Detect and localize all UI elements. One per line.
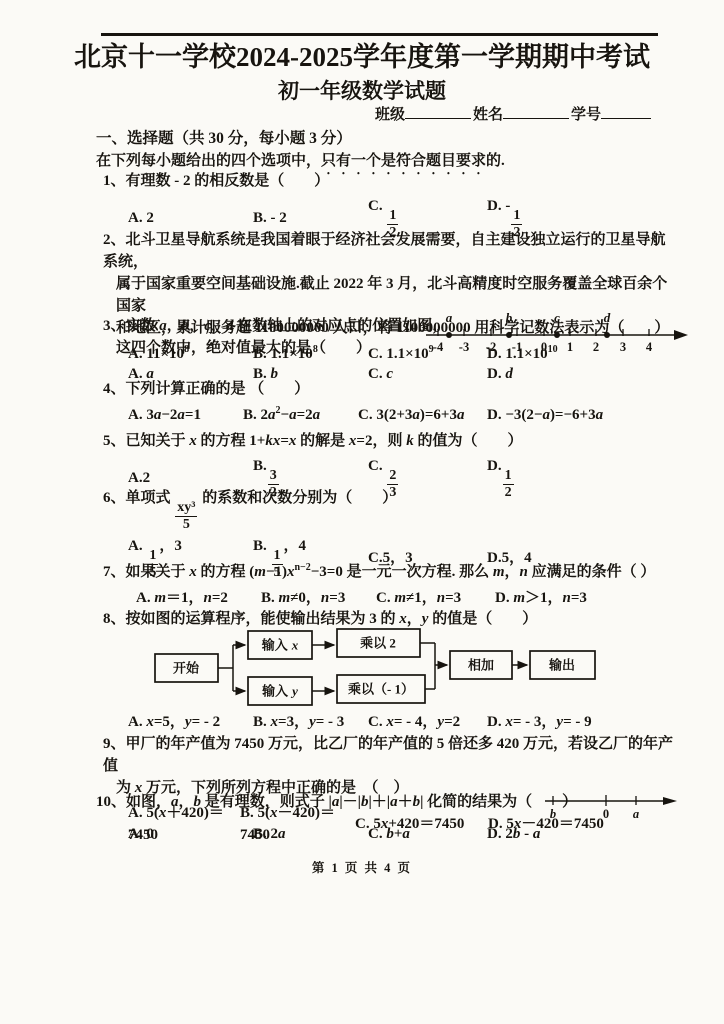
question-8-option-c: C. x= - 4，y=2 [368,711,487,733]
question-8-options: A. x=5，y= - 2 B. x=3，y= - 3 C. x= - 4，y=… [128,710,678,734]
svg-text:d: d [604,310,611,325]
question-9-text-line1: 9、甲厂的年产值为 7450 万元，比乙厂的年产值的 5 倍还多 420 万元，… [103,733,673,777]
question-4-option-b: B. 2a2−a=2a [243,404,358,426]
output-label: 输出 [548,658,575,673]
question-1-option-b: B. - 2 [253,207,368,229]
axis-tick-labels: -4 -3 -2 -1 0 1 2 3 4 [433,340,653,354]
svg-text:-1: -1 [512,340,522,354]
question-4-text: 4、下列计算正确的是 （ ） [103,378,668,400]
question-1-option-a: A. 2 [128,207,253,229]
question-7-option-d: D. m＞1，n=3 [495,587,678,609]
start-label: 开始 [173,661,200,676]
multiply-neg1-label: 乘以（- 1） [348,682,414,697]
svg-text:1: 1 [567,340,573,354]
question-4: 4、下列计算正确的是 （ ） A. 3a−2a=1 B. 2a2−a=2a C.… [103,378,668,427]
axis-arrow-icon [663,797,677,805]
question-8-option-d: D. x= - 3，y= - 9 [487,711,678,733]
question-10-option-c: C. b+a [368,823,487,845]
note-emphasized: 只有一个是符合题目要求 [321,153,486,169]
svg-text:4: 4 [646,340,653,354]
question-8-option-a: A. x=5，y= - 2 [128,711,253,733]
question-4-option-d: D. −3(2−a)=−6+3a [487,404,668,426]
svg-text:-2: -2 [486,340,496,354]
input-x-label: 输入x [261,638,299,653]
q8-flowchart-figure: 开始 输入x 乘以 2 输入y 乘以（- 1） 相加 输出 [150,625,602,711]
svg-text:0: 0 [541,340,547,354]
id-field-blank [601,103,651,119]
question-7-option-c: C. m≠1，n=3 [376,587,495,609]
q10-number-line-figure: b 0 a [543,786,681,822]
note-pre: 在下列每小题给出的四个选项中， [96,153,321,169]
question-10-option-b: B. 2a [253,823,368,845]
point-labels: a b c d [446,310,611,325]
question-4-option-a: A. 3a−2a=1 [128,404,243,426]
id-field-label: 学号 [571,107,601,123]
question-5-option-a: A.2 [128,467,253,489]
page-title: 北京十一学校2024-2025学年度第一学期期中考试 [0,41,724,73]
question-4-option-c: C. 3(2+3a)=6+3a [358,404,487,426]
svg-text:3: 3 [620,340,626,354]
student-fields: 班级姓名学号 [375,103,653,124]
axis-labels: b 0 a [550,807,639,821]
question-2-text-line1: 2、北斗卫星导航系统是我国着眼于经济社会发展需要，自主建设独立运行的卫星导航系统… [103,229,668,273]
class-field-label: 班级 [375,107,405,123]
svg-text:0: 0 [603,807,609,821]
svg-text:a: a [633,807,639,821]
add-label: 相加 [468,658,494,673]
question-1-text: 1、有理数 - 2 的相反数是（ ） [103,170,668,192]
name-field-label: 姓名 [473,107,503,123]
question-6-text: 6、单项式 xy³5 的系数和次数分别为（ ） [103,487,668,532]
multiply-2-label: 乘以 2 [360,636,396,651]
section-heading: 一、选择题（共 30 分，每小题 3 分） [96,126,352,148]
svg-text:c: c [554,310,560,325]
question-10-options: A. 0 B. 2a C. b+a D. 2b - a [128,822,671,846]
question-7-option-b: B. m≠0，n=3 [261,587,376,609]
question-4-options: A. 3a−2a=1 B. 2a2−a=2a C. 3(2+3a)=6+3a D… [128,403,668,427]
question-10-option-d: D. 2b - a [487,823,671,845]
question-7-option-a: A. m＝1，n=2 [136,587,261,609]
question-7-text: 7、如果关于 x 的方程 (m−1)xn−2−3=0 是一元一次方程. 那么 m… [103,561,678,583]
page-number-footer: 第 1 页 共 4 页 [0,858,724,876]
question-8-option-b: B. x=3，y= - 3 [253,711,368,733]
class-field-blank [405,103,471,119]
page-subtitle: 初一年级数学试题 [0,78,724,104]
top-rule [101,33,658,36]
question-5-text: 5、已知关于 x 的方程 1+kx=x 的解是 x=2，则 k 的值为（ ） [103,430,668,452]
svg-text:a: a [446,310,453,325]
question-8-options-row: A. x=5，y= - 2 B. x=3，y= - 3 C. x= - 4，y=… [103,710,678,734]
q3-number-line-figure: -4 -3 -2 -1 0 1 2 3 4 a b c d [424,309,692,357]
question-7: 7、如果关于 x 的方程 (m−1)xn−2−3=0 是一元一次方程. 那么 m… [103,561,678,610]
svg-text:b: b [506,310,513,325]
svg-text:-3: -3 [459,340,469,354]
input-y-label: 输入y [261,684,298,699]
note-post: 的. [486,153,505,169]
svg-text:2: 2 [593,340,599,354]
svg-text:b: b [550,807,556,821]
svg-text:-4: -4 [433,340,444,354]
name-field-blank [503,103,569,119]
axis-arrow-icon [674,330,688,340]
question-10-option-a: A. 0 [128,823,253,845]
question-7-options: A. m＝1，n=2 B. m≠0，n=3 C. m≠1，n=3 D. m＞1，… [136,586,678,610]
exam-paper-page: 北京十一学校2024-2025学年度第一学期期中考试 初一年级数学试题 班级姓名… [0,0,724,1024]
